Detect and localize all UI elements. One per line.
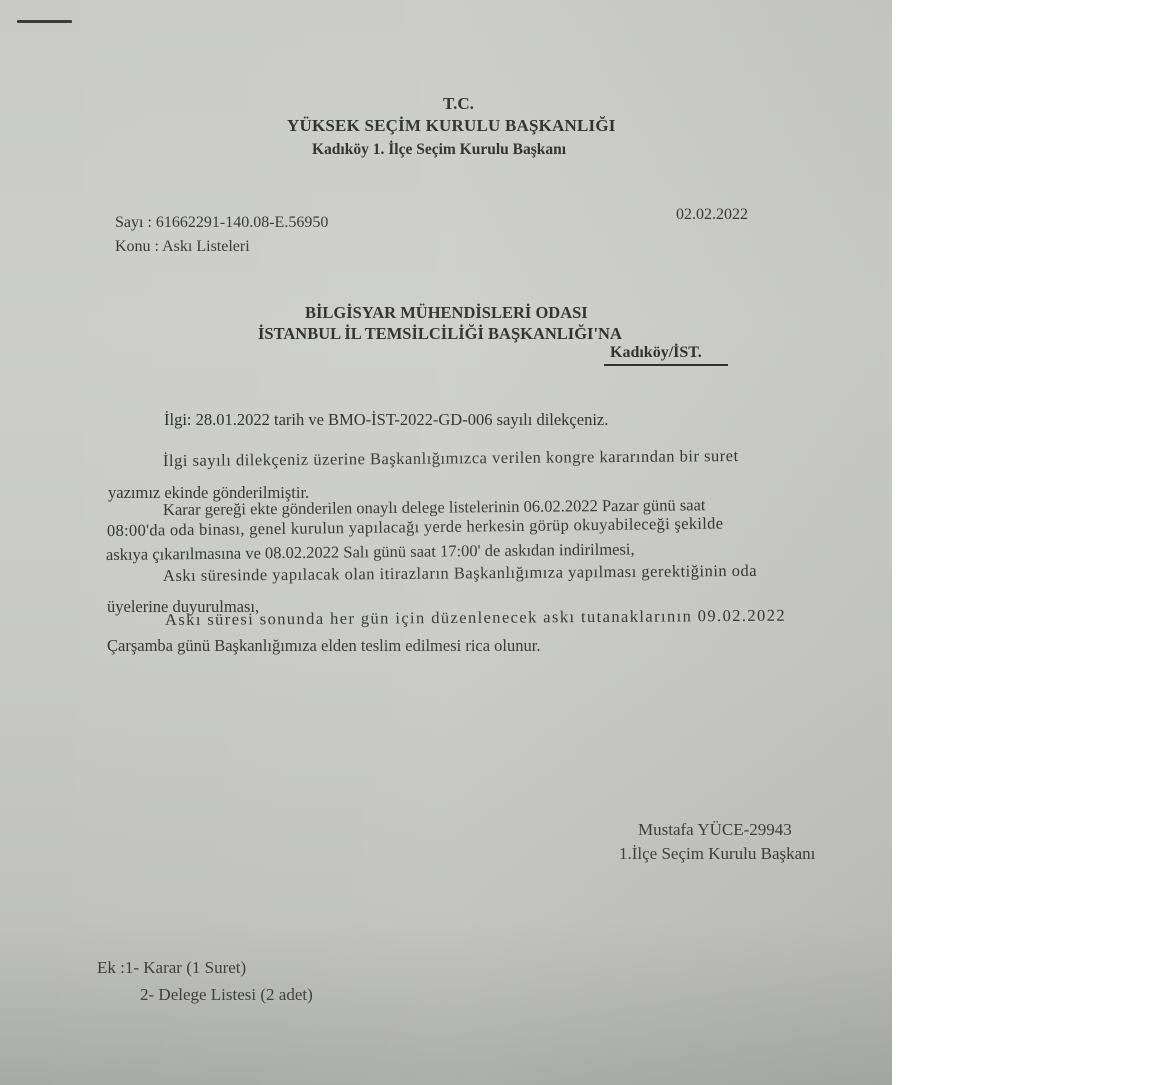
body-line: Çarşamba günü Başkanlığımıza elden tesli… (107, 636, 540, 656)
body-line: Askı süresinde yapılacak olan itirazları… (163, 561, 757, 586)
recipient-underline (604, 364, 728, 366)
pen-mark (17, 20, 72, 23)
document-photo: T.C. YÜKSEK SEÇİM KURULU BAŞKANLIĞI Kadı… (0, 0, 892, 1085)
header-sub-institution: Kadıköy 1. İlçe Seçim Kurulu Başkanı (312, 141, 566, 159)
signatory-name: Mustafa YÜCE-29943 (638, 820, 792, 840)
attachment-line-2: 2- Delege Listesi (2 adet) (140, 985, 313, 1005)
reference-number: Sayı : 61662291-140.08-E.56950 (115, 214, 328, 232)
recipient-location: Kadıköy/İST. (610, 344, 702, 362)
subject: Konu : Askı Listeleri (115, 238, 250, 256)
recipient-line-1: BİLGİSYAR MÜHENDİSLERİ ODASI (305, 303, 588, 323)
signatory-title: 1.İlçe Seçim Kurulu Başkanı (619, 844, 815, 864)
attachment-line-1: Ek :1- Karar (1 Suret) (97, 958, 246, 978)
body-line: askıya çıkarılmasına ve 08.02.2022 Salı … (106, 539, 635, 565)
recipient-line-2: İSTANBUL İL TEMSİLCİLİĞİ BAŞKANLIĞI'NA (258, 324, 622, 344)
header-tc: T.C. (443, 94, 474, 114)
document-date: 02.02.2022 (676, 206, 748, 224)
body-line: Askı süresi sonunda her gün için düzenle… (165, 606, 786, 630)
body-line: İlgi sayılı dilekçeniz üzerine Başkanlığ… (163, 446, 739, 471)
header-institution: YÜKSEK SEÇİM KURULU BAŞKANLIĞI (287, 116, 616, 136)
ilgi-reference: İlgi: 28.01.2022 tarih ve BMO-İST-2022-G… (164, 410, 608, 430)
